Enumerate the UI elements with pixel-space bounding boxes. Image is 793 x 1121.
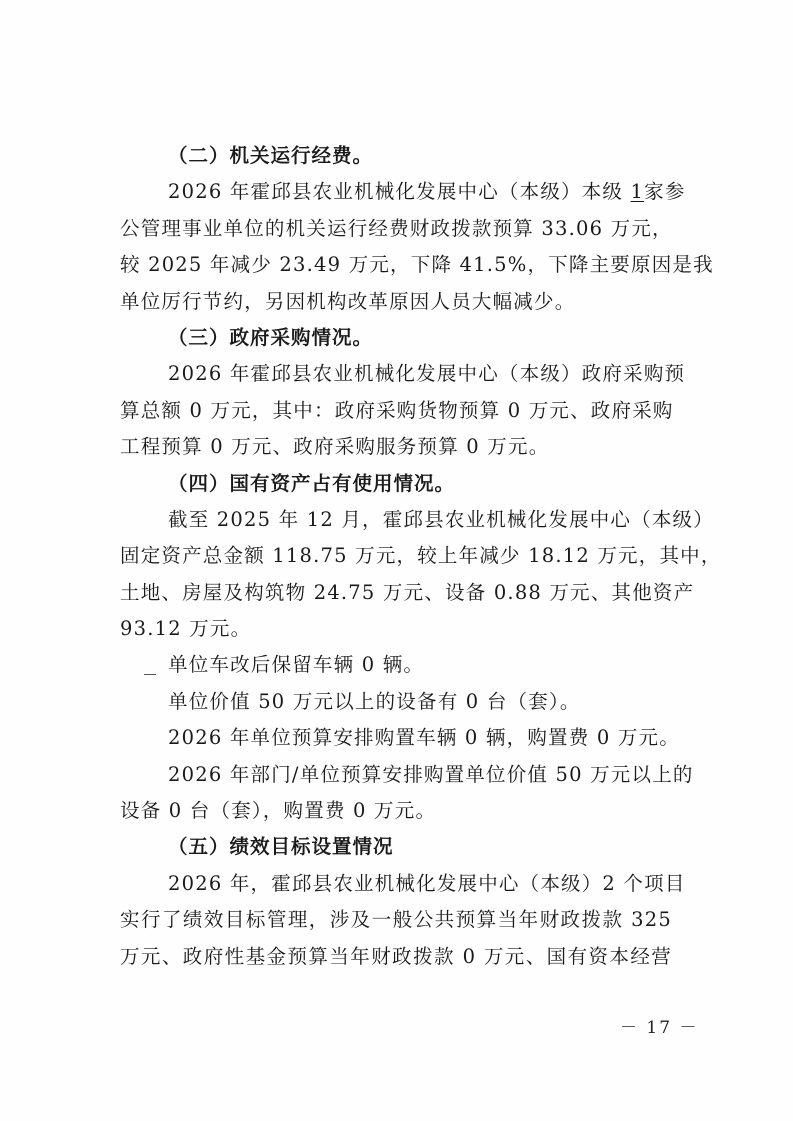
paragraph-equipment-purchase: 2026 年部门/单位预算安排购置单位价值 50 万元以上的 设备 0 台（套）… xyxy=(120,757,672,830)
paragraph-government-procurement: 2026 年霍邱县农业机械化发展中心（本级）政府采购预 算总额 0 万元，其中：… xyxy=(120,356,672,465)
paragraph-performance-goals: 2026 年，霍邱县农业机械化发展中心（本级）2 个项目 实行了绩效目标管理，涉… xyxy=(120,866,672,975)
document-body: （二）机关运行经费。 2026 年霍邱县农业机械化发展中心（本级）本级 1家参 … xyxy=(120,138,672,975)
text-line: 2026 年，霍邱县农业机械化发展中心（本级）2 个项目 xyxy=(120,866,672,902)
paragraph-retained-vehicles: 单位车改后保留车辆 0 辆。 xyxy=(120,647,672,683)
text-line: 土地、房屋及构筑物 24.75 万元、设备 0.88 万元、其他资产 xyxy=(120,575,672,611)
section-heading-state-assets: （四）国有资产占有使用情况。 xyxy=(120,466,672,502)
underlined-count: 1 xyxy=(631,180,645,203)
document-page: （二）机关运行经费。 2026 年霍邱县农业机械化发展中心（本级）本级 1家参 … xyxy=(0,0,793,1121)
text-line: 公管理事业单位的机关运行经费财政拨款预算 33.06 万元， xyxy=(120,211,672,247)
page-number: － 17 － xyxy=(620,1013,698,1038)
text-line: 固定资产总金额 118.75 万元，较上年减少 18.12 万元，其中， xyxy=(120,538,672,574)
text-line: 2026 年霍邱县农业机械化发展中心（本级）本级 1家参 xyxy=(120,174,672,210)
paragraph-high-value-equipment: 单位价值 50 万元以上的设备有 0 台（套）。 xyxy=(120,684,672,720)
text-line: 93.12 万元。 xyxy=(120,611,672,647)
paragraph-operating-expenses: 2026 年霍邱县农业机械化发展中心（本级）本级 1家参 公管理事业单位的机关运… xyxy=(120,174,672,320)
paragraph-fixed-assets: 截至 2025 年 12 月，霍邱县农业机械化发展中心（本级） 固定资产总金额 … xyxy=(120,502,672,648)
text-line: 设备 0 台（套），购置费 0 万元。 xyxy=(120,793,672,829)
text-line: 2026 年霍邱县农业机械化发展中心（本级）政府采购预 xyxy=(120,356,672,392)
text-line: 万元、政府性基金预算当年财政拨款 0 万元、国有资本经营 xyxy=(120,939,672,975)
text-line: 2026 年部门/单位预算安排购置单位价值 50 万元以上的 xyxy=(120,757,672,793)
text-line: 较 2025 年减少 23.49 万元，下降 41.5%，下降主要原因是我 xyxy=(120,247,672,283)
section-heading-performance-goals: （五）绩效目标设置情况 xyxy=(120,829,672,865)
text-segment: 2026 年霍邱县农业机械化发展中心（本级）本级 xyxy=(168,180,631,203)
text-line: 截至 2025 年 12 月，霍邱县农业机械化发展中心（本级） xyxy=(120,502,672,538)
section-heading-government-procurement: （三）政府采购情况。 xyxy=(120,320,672,356)
paragraph-vehicle-purchase: 2026 年单位预算安排购置车辆 0 辆，购置费 0 万元。 xyxy=(120,720,672,756)
stray-pen-mark xyxy=(144,674,156,675)
section-heading-operating-expenses: （二）机关运行经费。 xyxy=(120,138,672,174)
text-line: 工程预算 0 万元、政府采购服务预算 0 万元。 xyxy=(120,429,672,465)
text-line: 单位厉行节约，另因机构改革原因人员大幅减少。 xyxy=(120,284,672,320)
text-segment: 家参 xyxy=(644,180,685,203)
text-line: 算总额 0 万元，其中：政府采购货物预算 0 万元、政府采购 xyxy=(120,393,672,429)
text-line: 实行了绩效目标管理，涉及一般公共预算当年财政拨款 325 xyxy=(120,902,672,938)
